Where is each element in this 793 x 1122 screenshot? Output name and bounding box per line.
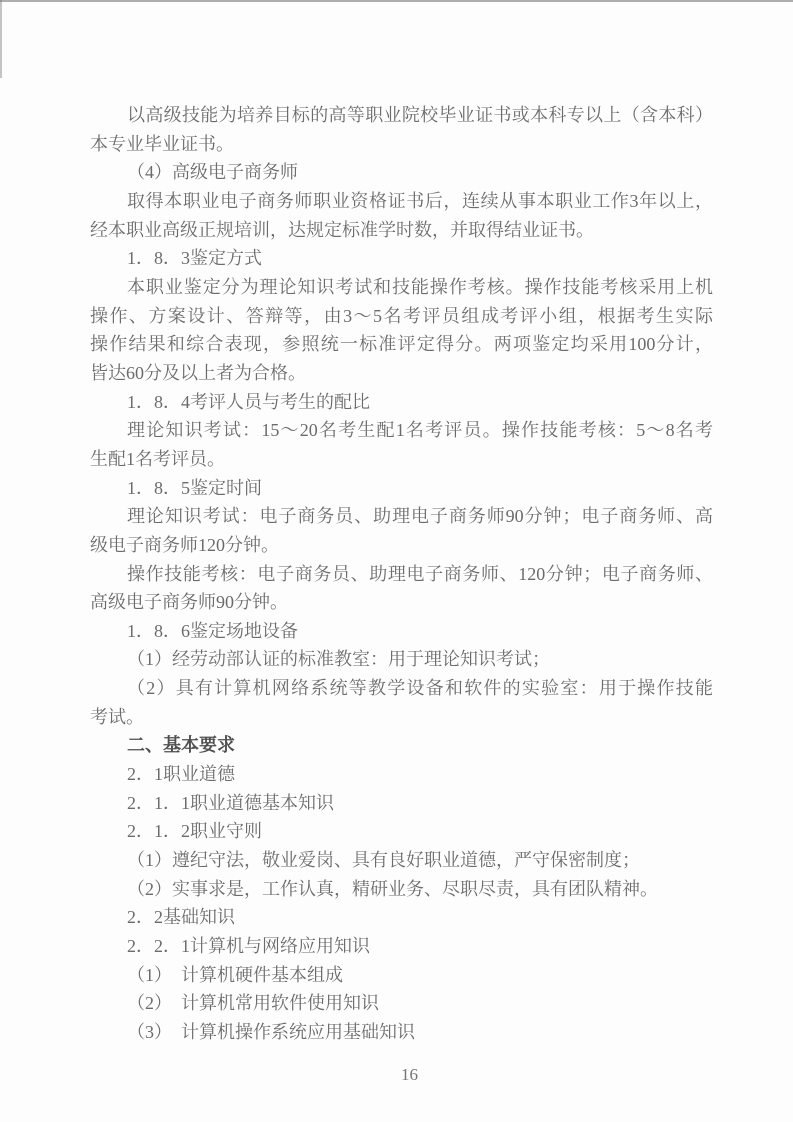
document-page: 以高级技能为培养目标的高等职业院校毕业证书或本科专以上（含本科）本专业毕业证书。… [0, 0, 793, 1122]
text-line: 本专业毕业证书。 [90, 130, 713, 159]
document-body: 以高级技能为培养目标的高等职业院校毕业证书或本科专以上（含本科）本专业毕业证书。… [90, 101, 713, 1047]
text-line: （1） 计算机硬件基本组成 [90, 961, 713, 990]
text-line: 2．1．1职业道德基本知识 [90, 789, 713, 818]
text-line: 经本职业高级正规培训，达规定标准学时数，并取得结业证书。 [90, 216, 713, 245]
text-line: （3） 计算机操作系统应用基础知识 [90, 1018, 713, 1047]
text-line: 2．2．1计算机与网络应用知识 [90, 932, 713, 961]
text-line: （2）具有计算机网络系统等教学设备和软件的实验室：用于操作技能 [90, 674, 713, 703]
text-line: 取得本职业电子商务师职业资格证书后，连续从事本职业工作3年以上， [90, 187, 713, 216]
text-line: 操作技能考核：电子商务员、助理电子商务师、120分钟；电子商务师、 [90, 560, 713, 589]
text-line: 生配1名考评员。 [90, 445, 713, 474]
text-line: 1．8．5鉴定时间 [90, 474, 713, 503]
text-line: 高级电子商务师90分钟。 [90, 588, 713, 617]
text-line: 2．1职业道德 [90, 760, 713, 789]
text-line: 2．1．2职业守则 [90, 817, 713, 846]
text-line: 操作结果和综合表现，参照统一标准评定得分。两项鉴定均采用100分计， [90, 330, 713, 359]
scan-edge-artifact-top [0, 0, 793, 2]
text-line: 皆达60分及以上者为合格。 [90, 359, 713, 388]
text-line: 理论知识考试：15～20名考生配1名考评员。操作技能考核：5～8名考 [90, 416, 713, 445]
text-line: （2） 计算机常用软件使用知识 [90, 989, 713, 1018]
text-line: 理论知识考试：电子商务员、助理电子商务师90分钟；电子商务师、高 [90, 502, 713, 531]
text-line: （4）高级电子商务师 [90, 158, 713, 187]
text-line: 1．8．3鉴定方式 [90, 244, 713, 273]
page-number: 16 [13, 1064, 793, 1086]
text-line: 本职业鉴定分为理论知识考试和技能操作考核。操作技能考核采用上机 [90, 273, 713, 302]
scan-edge-artifact-left [0, 0, 2, 78]
text-line: 2．2基础知识 [90, 903, 713, 932]
section-heading: 二、基本要求 [90, 731, 713, 760]
text-line: 级电子商务师120分钟。 [90, 531, 713, 560]
text-line: （2）实事求是，工作认真，精研业务、尽职尽责，具有团队精神。 [90, 875, 713, 904]
text-line: 1．8．6鉴定场地设备 [90, 617, 713, 646]
text-line: （1）经劳动部认证的标准教室：用于理论知识考试； [90, 645, 713, 674]
text-line: 1．8．4考评人员与考生的配比 [90, 388, 713, 417]
text-line: 操作、方案设计、答辩等，由3～5名考评员组成考评小组，根据考生实际 [90, 302, 713, 331]
text-line: 以高级技能为培养目标的高等职业院校毕业证书或本科专以上（含本科） [90, 101, 713, 130]
text-line: 考试。 [90, 703, 713, 732]
text-line: （1）遵纪守法，敬业爱岗、具有良好职业道德，严守保密制度； [90, 846, 713, 875]
